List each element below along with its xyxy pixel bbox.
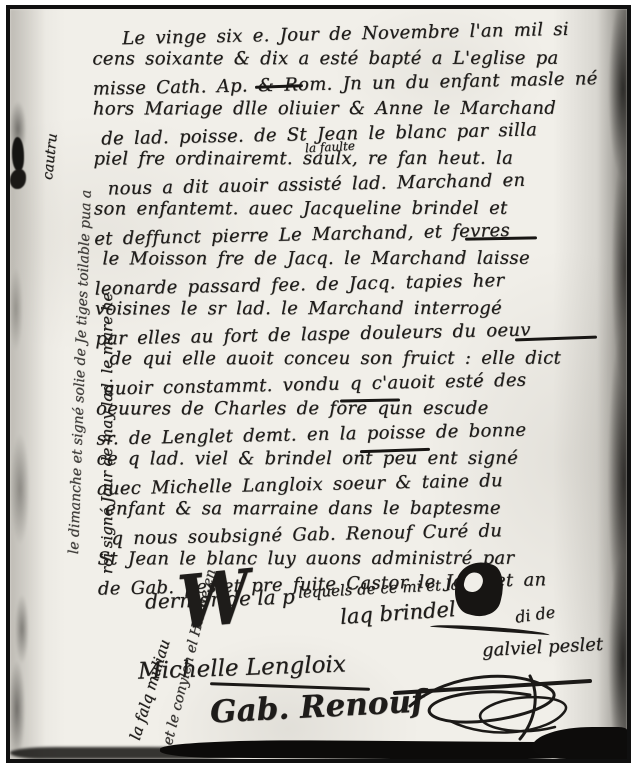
signature-brindel: laq brindel bbox=[339, 597, 456, 629]
manuscript-paper: Le vinge six e. Jour de Novembre l'an mi… bbox=[10, 9, 627, 759]
register-scan: Le vinge six e. Jour de Novembre l'an mi… bbox=[0, 0, 637, 768]
signature-peslet: galviel peslet bbox=[482, 634, 604, 661]
renouf-paraph-flourish bbox=[390, 661, 600, 751]
left-edge-shading bbox=[10, 9, 46, 759]
main-text-block: Le vinge six e. Jour de Novembre l'an mi… bbox=[92, 18, 627, 599]
interline-insertion: la faulte bbox=[305, 139, 356, 156]
witness-mark: W bbox=[175, 561, 252, 642]
ink-spot bbox=[12, 137, 24, 171]
margin-note-inner: roi signé Jour de may lad. le mare he bbox=[98, 54, 116, 574]
scan-frame-border: Le vinge six e. Jour de Novembre l'an mi… bbox=[6, 5, 631, 763]
margin-note-middle: le dimanche et signé solie de Je tiges t… bbox=[66, 94, 98, 554]
signature-peslet-abbrev: di de bbox=[514, 602, 556, 626]
signature-flourish bbox=[430, 623, 550, 635]
